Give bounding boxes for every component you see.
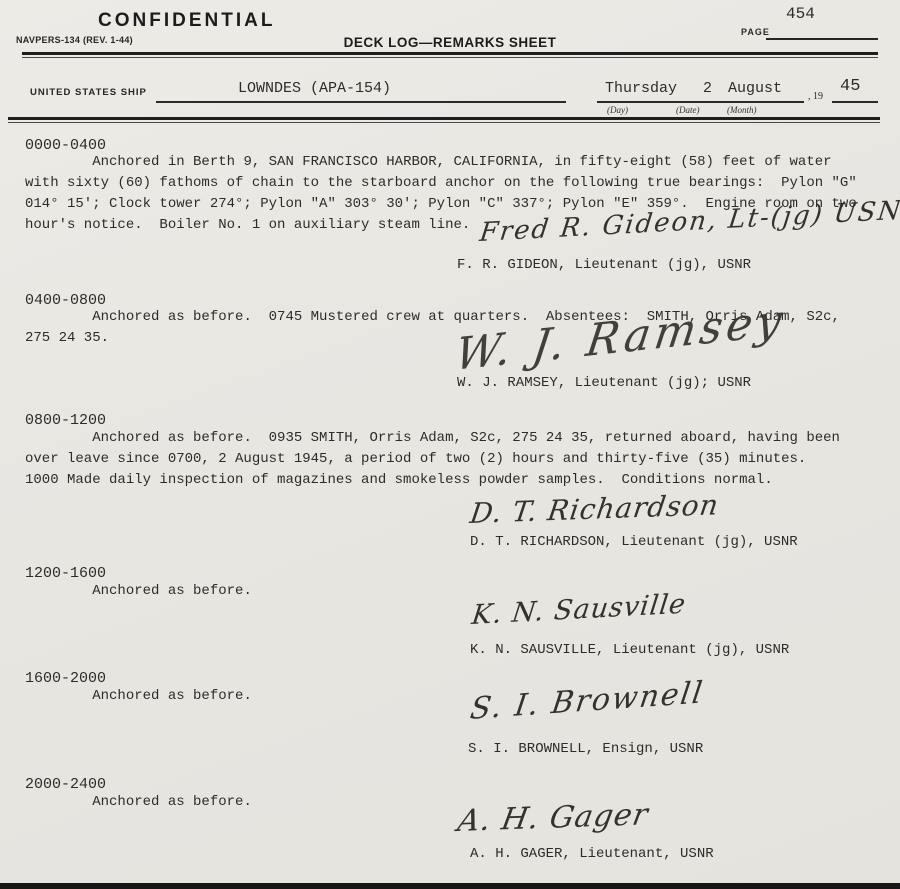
year-line: [832, 101, 878, 103]
date-caption: (Date): [676, 105, 700, 115]
year-value: 45: [840, 77, 860, 96]
ship-label: UNITED STATES SHIP: [30, 87, 147, 98]
typed-signature: W. J. RAMSEY, Lieutenant (jg); USNR: [457, 375, 751, 391]
page-number-value: 454: [786, 5, 815, 23]
typed-signature: S. I. BROWNELL, Ensign, USNR: [468, 741, 703, 757]
subheader-rule: [8, 117, 880, 120]
log-entry-text: Anchored as before. 0935 SMITH, Orris Ad…: [25, 428, 885, 491]
watch-time-0800-1200: 0800-1200: [25, 412, 106, 429]
date-value: 2: [703, 80, 712, 97]
month-caption: (Month): [727, 105, 757, 115]
subheader-rule-thin: [8, 122, 880, 123]
typed-signature: F. R. GIDEON, Lieutenant (jg), USNR: [457, 257, 751, 273]
scan-edge-bar: [0, 883, 900, 889]
classification-stamp: CONFIDENTIAL: [98, 10, 275, 32]
watch-time-1600-2000: 1600-2000: [25, 670, 106, 687]
handwritten-signature: A. H. Gager: [455, 797, 651, 839]
day-caption: (Day): [607, 105, 628, 115]
header-rule-top: [22, 52, 878, 55]
handwritten-signature: D. T. Richardson: [468, 488, 721, 530]
log-entry-text: Anchored as before.: [25, 792, 885, 813]
handwritten-signature: S. I. Brownell: [468, 675, 706, 727]
deck-log-page: CONFIDENTIAL 454 PAGE NAVPERS-134 (REV. …: [0, 0, 900, 889]
watch-time-1200-1600: 1200-1600: [25, 565, 106, 582]
typed-signature: K. N. SAUSVILLE, Lieutenant (jg), USNR: [470, 642, 789, 658]
year-prefix: , 19: [808, 91, 823, 102]
log-entry-text: Anchored as before.: [25, 581, 885, 602]
month-value: August: [728, 80, 782, 97]
ship-name-line: [156, 101, 566, 103]
log-entry-text: Anchored as before.: [25, 686, 885, 707]
typed-signature: D. T. RICHARDSON, Lieutenant (jg), USNR: [470, 534, 798, 550]
typed-signature: A. H. GAGER, Lieutenant, USNR: [470, 846, 714, 862]
watch-time-2000-2400: 2000-2400: [25, 776, 106, 793]
document-title: DECK LOG—REMARKS SHEET: [0, 35, 900, 50]
day-value: Thursday: [605, 80, 677, 97]
ship-name-value: LOWNDES (APA-154): [238, 80, 391, 97]
header-rule-top-thin: [22, 57, 878, 58]
date-fields-line: [597, 101, 804, 103]
